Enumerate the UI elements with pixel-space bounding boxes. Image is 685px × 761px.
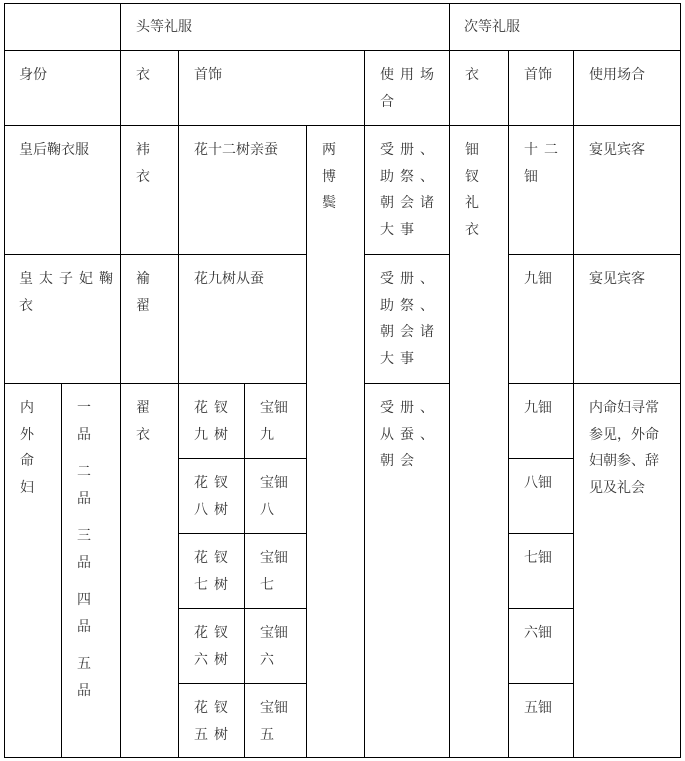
noblewomen-ranks-cell: 一品 二品 三品 四品 五品 [61,383,121,758]
empress-first-clothes-cell: 袆衣 [120,125,179,255]
second-clothes-text: 钿钗礼衣 [465,137,481,243]
tier-3-treasure-cell: 宝钿七 [244,533,307,609]
header-first-ornament-cell: 首饰 [178,50,365,126]
header-first-class-cell: 头等礼服 [120,3,450,51]
tier-5-flower: 花钗五树 [194,695,238,748]
noblewomen-identity: 内外命妇 [20,395,36,501]
header-first-clothes-cell: 衣 [120,50,179,126]
empress-second-occasion: 宴见宾客 [589,137,645,164]
tier-3-treasure: 宝钿七 [260,545,292,598]
tier-5-second-ornament-cell: 五钿 [508,683,574,758]
crown-princess-first-clothes-cell: 褕翟 [120,254,179,384]
noblewomen-first-occasion: 受册、从蚕、朝会 [380,395,446,475]
noblewomen-first-clothes-cell: 翟衣 [120,383,179,758]
tier-2-flower: 花钗八树 [194,470,238,523]
empress-second-ornament: 十二钿 [524,137,568,190]
crown-princess-identity: 皇太子妃鞠衣 [19,266,119,319]
tier-4-flower-cell: 花钗六树 [178,608,245,684]
empress-first-ornament: 花十二树亲蚕 [194,137,278,164]
second-clothes-cell: 钿钗礼衣 [449,125,509,758]
header-first-class-label: 头等礼服 [136,14,192,41]
crown-princess-first-occasion-cell: 受册、助祭、朝会诸大事 [364,254,450,384]
tier-1-flower: 花钗九树 [194,395,238,448]
header-second-occasion-label: 使用场合 [589,62,645,89]
tier-4-second-ornament-cell: 六钿 [508,608,574,684]
tier-2-treasure-cell: 宝钿八 [244,458,307,534]
header-first-occasion-cell: 使用场合 [364,50,450,126]
tier-2-second-ornament: 八钿 [524,470,552,497]
tier-4-treasure: 宝钿六 [260,620,292,673]
header-second-clothes-label: 衣 [465,62,479,89]
tier-3-second-ornament: 七钿 [524,545,552,572]
crown-princess-first-occasion: 受册、助祭、朝会诸大事 [380,266,446,372]
header-first-clothes-label: 衣 [136,62,150,89]
bobin-text: 两博鬓 [322,137,338,217]
header-blank-cell [4,3,121,51]
header-identity-label: 身份 [19,62,47,89]
tier-2-flower-cell: 花钗八树 [178,458,245,534]
tier-3-second-ornament-cell: 七钿 [508,533,574,609]
tier-5-treasure-cell: 宝钿五 [244,683,307,758]
rank-2: 二品 [77,459,93,512]
empress-first-occasion: 受册、助祭、朝会诸大事 [380,137,446,243]
header-identity-cell: 身份 [4,50,121,126]
crown-princess-first-ornament-cell: 花九树从蚕 [178,254,307,384]
header-second-occasion-cell: 使用场合 [573,50,681,126]
noblewomen-first-clothes: 翟衣 [136,395,152,448]
crown-princess-second-occasion-cell: 宴见宾客 [573,254,681,384]
tier-1-treasure: 宝钿九 [260,395,292,448]
tier-5-flower-cell: 花钗五树 [178,683,245,758]
header-first-occasion-label: 使用场合 [380,62,444,115]
header-second-ornament-label: 首饰 [524,62,552,89]
tier-4-flower: 花钗六树 [194,620,238,673]
empress-first-clothes: 袆衣 [136,137,152,190]
empress-identity: 皇后鞠衣服 [19,137,89,164]
tier-2-treasure: 宝钿八 [260,470,292,523]
noblewomen-second-occasion-cell: 内命妇寻常参见，外命妇朝参、辞见及礼会 [573,383,681,758]
crown-princess-first-ornament: 花九树从蚕 [194,266,264,293]
rank-1: 一品 [77,395,93,448]
header-second-ornament-cell: 首饰 [508,50,574,126]
header-second-class-cell: 次等礼服 [449,3,681,51]
noblewomen-identity-cell: 内外命妇 [4,383,62,758]
tier-2-second-ornament-cell: 八钿 [508,458,574,534]
empress-first-occasion-cell: 受册、助祭、朝会诸大事 [364,125,450,255]
noblewomen-second-occasion: 内命妇寻常参见，外命妇朝参、辞见及礼会 [589,395,667,501]
tier-3-flower-cell: 花钗七树 [178,533,245,609]
bobin-cell: 两博鬓 [306,125,365,758]
header-first-ornament-label: 首饰 [194,62,222,89]
rank-5: 五品 [77,651,93,704]
tier-5-treasure: 宝钿五 [260,695,292,748]
header-second-class-label: 次等礼服 [464,14,520,41]
tier-5-second-ornament: 五钿 [524,695,552,722]
empress-second-occasion-cell: 宴见宾客 [573,125,681,255]
tier-3-flower: 花钗七树 [194,545,238,598]
crown-princess-second-occasion: 宴见宾客 [589,266,645,293]
noblewomen-first-occasion-cell: 受册、从蚕、朝会 [364,383,450,758]
tier-1-treasure-cell: 宝钿九 [244,383,307,459]
header-second-clothes-cell: 衣 [449,50,509,126]
tier-1-second-ornament: 九钿 [524,395,552,422]
empress-second-ornament-cell: 十二钿 [508,125,574,255]
tier-1-second-ornament-cell: 九钿 [508,383,574,459]
tier-1-flower-cell: 花钗九树 [178,383,245,459]
tier-4-treasure-cell: 宝钿六 [244,608,307,684]
empress-first-ornament-cell: 花十二树亲蚕 [178,125,307,255]
crown-princess-identity-cell: 皇太子妃鞠衣 [4,254,121,384]
crown-princess-second-ornament-cell: 九钿 [508,254,574,384]
crown-princess-second-ornament: 九钿 [524,266,552,293]
tier-4-second-ornament: 六钿 [524,620,552,647]
court-dress-table: 头等礼服 次等礼服 身份 衣 首饰 使用场合 衣 首饰 使用场合 皇后鞠衣服 袆… [0,0,685,761]
rank-4: 四品 [77,587,93,640]
crown-princess-first-clothes: 褕翟 [136,266,152,319]
empress-identity-cell: 皇后鞠衣服 [4,125,121,255]
rank-3: 三品 [77,523,93,576]
